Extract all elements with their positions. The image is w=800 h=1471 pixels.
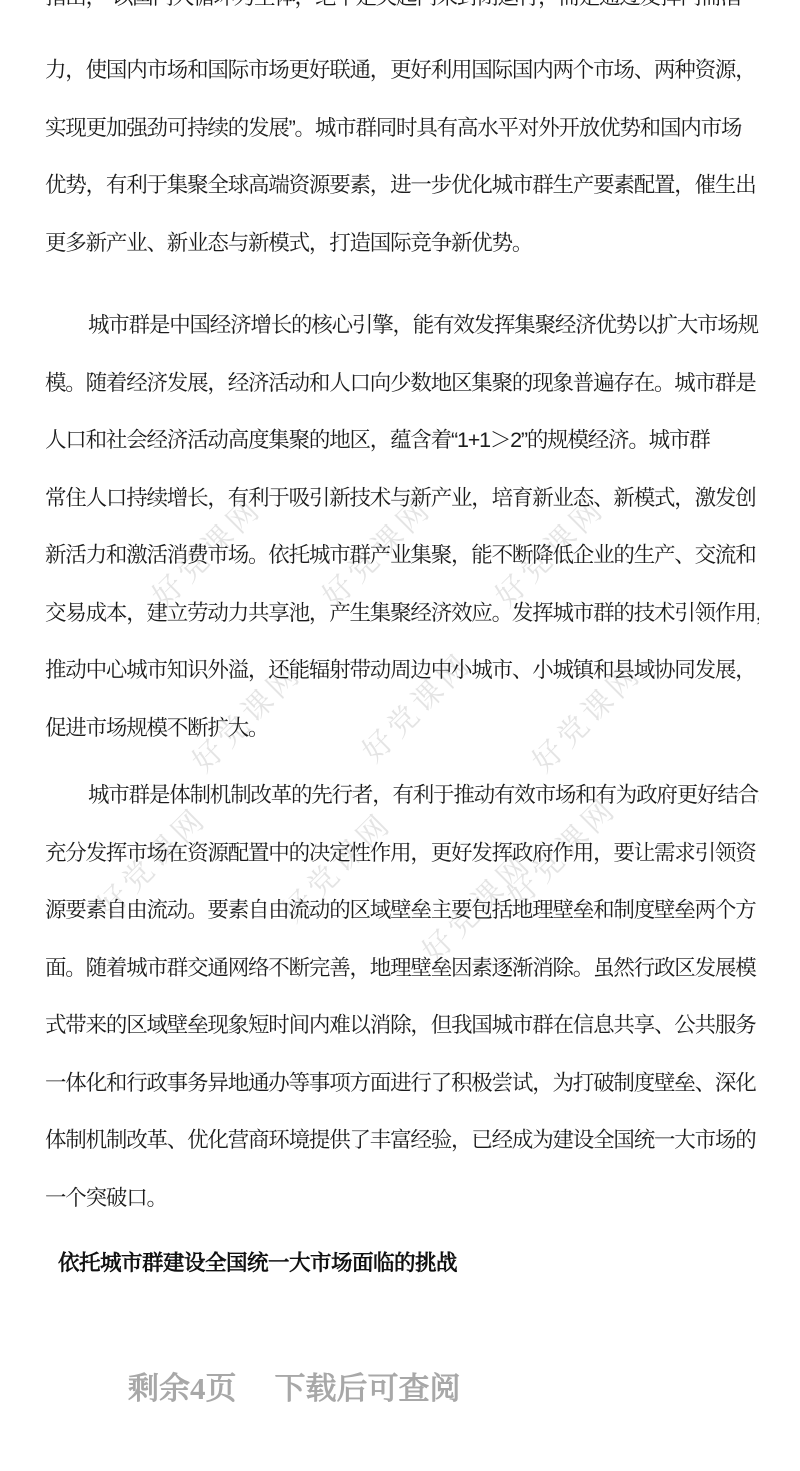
download-to-view-note: 下载后可查阅: [275, 1371, 461, 1406]
remaining-pages-count: 剩余4页: [128, 1371, 237, 1406]
text-line: 一个突破口。: [45, 1170, 759, 1228]
text-line: 实现更加强劲可持续的发展”。城市群同时具有高水平对外开放优势和国内市场: [45, 100, 759, 158]
text-line: 交易成本，建立劳动力共享池，产生集聚经济效应。发挥城市群的技术引领作用，: [45, 585, 759, 643]
paragraph: 城市群是中国经济增长的核心引擎，能有效发挥集聚经济优势以扩大市场规模。随着经济发…: [45, 297, 759, 757]
text-line: 面。随着城市群交通网络不断完善，地理壁垒因素逐渐消除。虽然行政区发展模: [45, 940, 759, 998]
text-line: 促进市场规模不断扩大。: [45, 700, 759, 758]
text-line: 力，使国内市场和国际市场更好联通，更好利用国际国内两个市场、两种资源，: [45, 42, 759, 100]
text-line: 源要素自由流动。要素自由流动的区域壁垒主要包括地理壁垒和制度壁垒两个方: [45, 882, 759, 940]
document-preview-page: 好党课网好党课网好党课网好党课网好党课网好党课网好党课网好党课网好党课网好党课网…: [0, 0, 800, 1471]
text-line: 人口和社会经济活动高度集聚的地区，蕴含着“1+1＞2”的规模经济。城市群: [45, 412, 759, 470]
text-line: 常住人口持续增长，有利于吸引新技术与新产业，培育新业态、新模式，激发创: [45, 470, 759, 528]
clipped-top-text-line: 指出，“以国内大循环为主体，绝不是关起门来封闭运行，而是通过发挥内需潜: [45, 0, 741, 8]
text-line: 一体化和行政事务异地通办等事项方面进行了积极尝试，为打破制度壁垒、深化: [45, 1055, 759, 1113]
text-line: 城市群是中国经济增长的核心引擎，能有效发挥集聚经济优势以扩大市场规: [45, 297, 759, 355]
text-line: 模。随着经济发展，经济活动和人口向少数地区集聚的现象普遍存在。城市群是: [45, 355, 759, 413]
document-body: 指出，“以国内大循环为主体，绝不是关起门来封闭运行，而是通过发挥内需潜 力，使国…: [45, 0, 759, 1471]
text-line: 更多新产业、新业态与新模式，打造国际竞争新优势。: [45, 215, 759, 273]
text-line: 新活力和激活消费市场。依托城市群产业集聚，能不断降低企业的生产、交流和: [45, 527, 759, 585]
text-line: 充分发挥市场在资源配置中的决定性作用，更好发挥政府作用，要让需求引领资: [45, 825, 759, 883]
paragraph: 力，使国内市场和国际市场更好联通，更好利用国际国内两个市场、两种资源，实现更加强…: [45, 42, 759, 272]
text-line: 推动中心城市知识外溢，还能辐射带动周边中小城市、小城镇和县域协同发展，: [45, 642, 759, 700]
remaining-pages-notice: 剩余4页下载后可查阅: [128, 1367, 461, 1411]
text-line: 城市群是体制机制改革的先行者，有利于推动有效市场和有为政府更好结合。: [45, 767, 759, 825]
text-line: 体制机制改革、优化营商环境提供了丰富经验，已经成为建设全国统一大市场的: [45, 1112, 759, 1170]
text-line: 优势，有利于集聚全球高端资源要素，进一步优化城市群生产要素配置，催生出: [45, 157, 759, 215]
text-line: 式带来的区域壁垒现象短时间内难以消除，但我国城市群在信息共享、公共服务: [45, 997, 759, 1055]
paragraph: 城市群是体制机制改革的先行者，有利于推动有效市场和有为政府更好结合。充分发挥市场…: [45, 767, 759, 1227]
section-heading: 依托城市群建设全国统一大市场面临的挑战: [58, 1235, 457, 1293]
